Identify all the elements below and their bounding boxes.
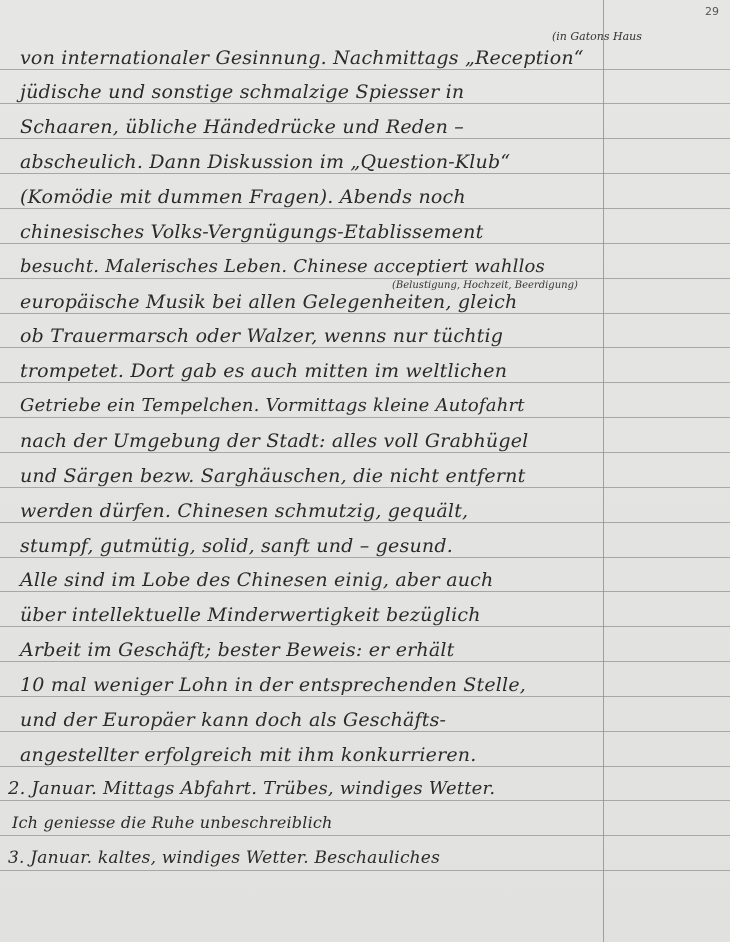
text-line: Getriebe ein Tempelchen. Vormittags klei… xyxy=(20,397,525,415)
text-line: 10 mal weniger Lohn in der entsprechende… xyxy=(20,676,526,695)
text-line: Schaaren, übliche Händedrücke und Reden … xyxy=(20,118,464,137)
ruled-line xyxy=(0,766,730,767)
text-line: Arbeit im Geschäft; bester Beweis: er er… xyxy=(20,641,455,660)
ruled-line xyxy=(0,835,730,836)
text-line: Alle sind im Lobe des Chinesen einig, ab… xyxy=(20,571,493,590)
ruled-line xyxy=(0,313,730,314)
ruled-line xyxy=(0,522,730,523)
text-line: besucht. Malerisches Leben. Chinese acce… xyxy=(20,258,545,276)
text-line: abscheulich. Dann Diskussion im „Questio… xyxy=(20,153,510,172)
ruled-line xyxy=(0,278,730,279)
text-line: (Komödie mit dummen Fragen). Abends noch xyxy=(20,188,466,207)
text-line: von internationaler Gesinnung. Nachmitta… xyxy=(20,49,584,68)
ruled-line xyxy=(0,347,730,348)
manuscript-page: 29 (in Gatons Haus (Belustigung, Hochzei… xyxy=(0,0,730,942)
ruled-line xyxy=(0,382,730,383)
ruled-line xyxy=(0,103,730,104)
ruled-line xyxy=(0,557,730,558)
text-line: stumpf, gutmütig, solid, sanft und – ges… xyxy=(20,537,453,556)
margin-line xyxy=(603,0,604,942)
text-line: ob Trauermarsch oder Walzer, wenns nur t… xyxy=(20,327,503,346)
text-line: werden dürfen. Chinesen schmutzig, gequä… xyxy=(20,502,468,521)
ruled-line xyxy=(0,452,730,453)
ruled-line xyxy=(0,243,730,244)
text-line: europäische Musik bei allen Gelegenheite… xyxy=(20,293,517,312)
text-line: über intellektuelle Minderwertigkeit bez… xyxy=(20,606,481,625)
ruled-line xyxy=(0,626,730,627)
ruled-line xyxy=(0,173,730,174)
text-line: und der Europäer kann doch als Geschäfts… xyxy=(20,711,446,730)
text-line: jüdische und sonstige schmalzige Spiesse… xyxy=(20,83,464,102)
ruled-line xyxy=(0,487,730,488)
insertion-annotation: (in Gatons Haus xyxy=(552,30,642,43)
text-line: 3. Januar. kaltes, windiges Wetter. Besc… xyxy=(8,850,440,867)
text-line: 2. Januar. Mittags Abfahrt. Trübes, wind… xyxy=(8,780,495,798)
ruled-line xyxy=(0,731,730,732)
ruled-line xyxy=(0,417,730,418)
ruled-line xyxy=(0,591,730,592)
ruled-line xyxy=(0,800,730,801)
page-number: 29 xyxy=(705,5,719,18)
ruled-line xyxy=(0,870,730,871)
ruled-line xyxy=(0,208,730,209)
text-line: nach der Umgebung der Stadt: alles voll … xyxy=(20,432,528,451)
ruled-line xyxy=(0,661,730,662)
text-line: und Särgen bezw. Sarghäuschen, die nicht… xyxy=(20,467,525,486)
ruled-line xyxy=(0,696,730,697)
ruled-line xyxy=(0,69,730,70)
ruled-line xyxy=(0,138,730,139)
text-line: chinesisches Volks-Vergnügungs-Etablisse… xyxy=(20,223,483,242)
text-line: trompetet. Dort gab es auch mitten im we… xyxy=(20,362,507,381)
interlinear-note: (Belustigung, Hochzeit, Beerdigung) xyxy=(392,280,578,291)
text-line: Ich geniesse die Ruhe unbeschreiblich xyxy=(12,815,333,831)
text-line: angestellter erfolgreich mit ihm konkurr… xyxy=(20,746,476,765)
